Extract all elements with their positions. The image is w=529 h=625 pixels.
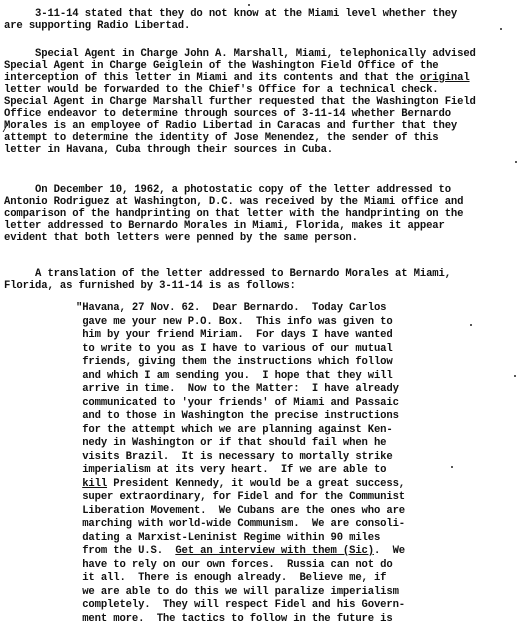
paragraph-line: letter in Havana, Cuba through their sou… [4,144,333,156]
paragraph-line: A translation of the letter addressed to… [4,268,451,280]
paragraph-line: Special Agent in Charge John A. Marshall… [4,48,476,60]
quote-line: for the attempt which we are planning ag… [76,424,393,436]
paragraph-line: Florida, as furnished by 3-11-14 is as f… [4,280,296,292]
quote-line: super extraordinary, for Fidel and for t… [76,491,405,503]
quote-line: and to those in Washington the precise i… [76,410,399,422]
quote-line: to write to you as I have to various of … [76,343,393,355]
quote-line: have to rely on our own forces. Russia c… [76,559,393,571]
quote-line: him by your friend Miriam. For days I ha… [76,329,393,341]
paragraph-line: Special Agent in Charge Marshall further… [4,96,476,108]
scan-speck [248,4,250,6]
paragraph-line: interception of this letter in Miami and… [4,72,470,84]
scan-speck [470,324,472,326]
quote-line: dating a Marxist-Leninist Regime within … [76,532,380,544]
quote-line: gave me your new P.O. Box. This info was… [76,316,393,328]
quote-line: kill President Kennedy, it would be a gr… [76,478,405,490]
paragraph-line: Special Agent in Charge Geiglein of the … [4,60,439,72]
paragraph-line: letter addressed to Bernardo Morales in … [4,220,445,232]
paragraph-line: evident that both letters were penned by… [4,232,358,244]
scan-speck [515,161,517,163]
paragraph-line: letter would be forwarded to the Chief's… [4,84,439,96]
scan-speck [451,466,453,468]
paragraph-line: are supporting Radio Libertad. [4,20,190,32]
paragraph-line: Antonio Rodriguez at Washington, D.C. wa… [4,196,463,208]
paragraph-line: Morales is an employee of Radio Libertad… [4,120,457,132]
paragraph-line: attempt to determine the identity of Jos… [4,132,439,144]
paragraph-line: comparison of the handprinting on that l… [4,208,463,220]
quote-line: marching with world-wide Communism. We a… [76,518,405,530]
quote-line: it all. There is enough already. Believe… [76,572,386,584]
quote-line: friends, giving them the instructions wh… [76,356,393,368]
document-page: 3-11-14 stated that they do not know at … [0,0,529,625]
quote-line: arrive in time. Now to the Matter: I hav… [76,383,399,395]
margin-check-mark: / [2,124,9,136]
quote-line: Liberation Movement. We Cubans are the o… [76,505,405,517]
quote-line: and which I am sending you. I hope that … [76,370,393,382]
paragraph-line: 3-11-14 stated that they do not know at … [4,8,457,20]
paragraph-line: On December 10, 1962, a photostatic copy… [4,184,451,196]
scan-speck [514,375,516,377]
quote-line: we are able to do this we will paralize … [76,586,399,598]
quote-line: visits Brazil. It is necessary to mortal… [76,451,393,463]
paragraph-line: Office endeavor to determine through sou… [4,108,451,120]
scan-speck [500,28,502,30]
quote-line: from the U.S. Get an interview with them… [76,545,405,557]
quote-line: communicated to 'your friends' of Miami … [76,397,399,409]
quote-line: imperialism at its very heart. If we are… [76,464,386,476]
quote-line: completely. They will respect Fidel and … [76,599,405,611]
quote-line: "Havana, 27 Nov. 62. Dear Bernardo. Toda… [76,302,386,314]
quote-line: ment more. The tactics to follow in the … [76,613,393,625]
quote-line: nedy in Washington or if that should fai… [76,437,386,449]
